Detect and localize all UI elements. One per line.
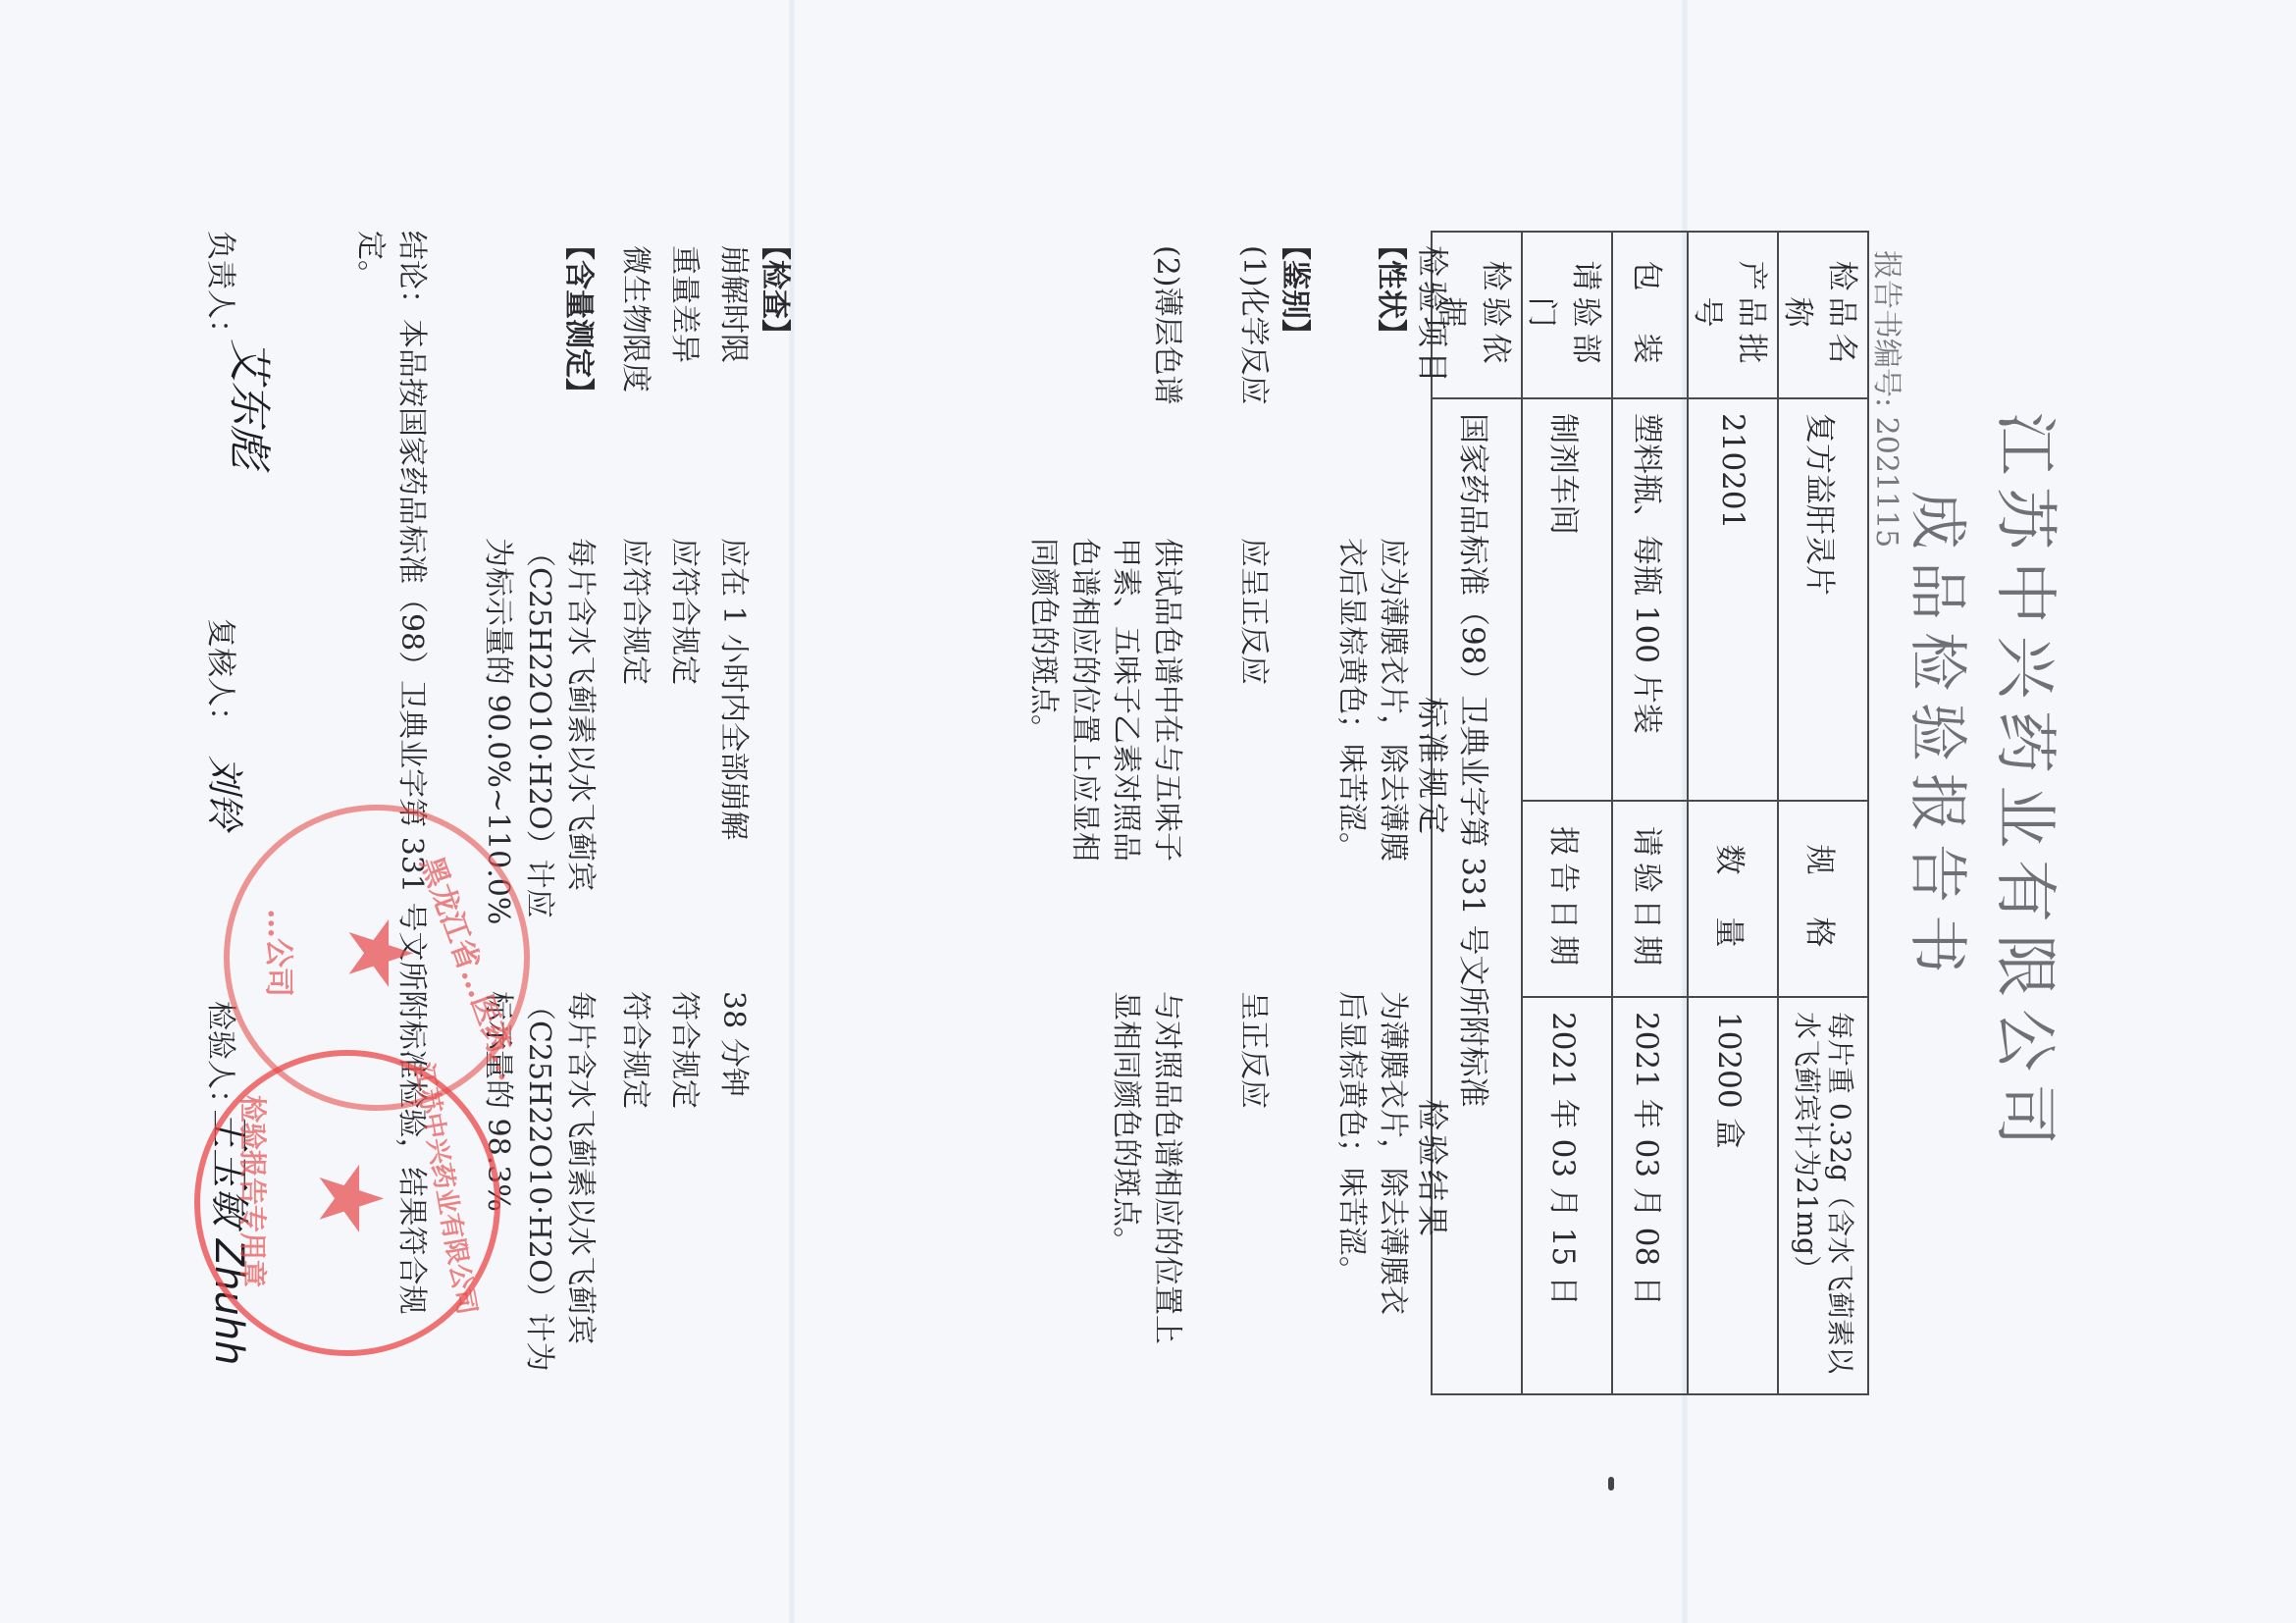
column-header-standard: 标准规定 xyxy=(1412,697,1452,838)
responsible-signature: 艾东彪 xyxy=(222,339,285,468)
report-title: 成品检验报告书 xyxy=(1900,491,1984,985)
label-spec: 规 格 xyxy=(1778,801,1868,997)
label-quantity: 数 量 xyxy=(1688,801,1778,997)
label-request-date: 请验日期 xyxy=(1612,801,1688,997)
stamp-star-icon: ★ xyxy=(328,914,431,993)
result-weight-variation: 符合规定 xyxy=(664,991,704,1109)
table-row: 包 装 塑料瓶、每瓶 100 片装 请验日期 2021 年 03 月 08 日 xyxy=(1612,232,1688,1394)
stamp-star-icon: ★ xyxy=(298,1159,401,1238)
result-tlc: 与对照品色谱相应的位置上显相同颜色的斑点。 xyxy=(1105,991,1187,1344)
company-name: 江苏中兴药业有限公司 xyxy=(1985,412,2075,1158)
stamp-text-bottom: …公司 xyxy=(260,909,303,997)
scanned-document-frame: 江苏中兴药业有限公司 成品检验报告书 报告书编号: 2021115 检品名称 复… xyxy=(0,0,2296,1623)
item-disintegration: 崩解时限 xyxy=(713,245,754,363)
label-product-name: 检品名称 xyxy=(1778,232,1868,398)
responsible-person-label: 负责人： xyxy=(200,231,240,348)
report-number-value: 2021115 xyxy=(1869,417,1904,549)
stamp-text-top: 江苏中兴药业有限公司 xyxy=(407,1060,488,1317)
result-chemical-reaction: 呈正反应 xyxy=(1233,991,1274,1109)
value-spec: 每片重 0.32g（含水飞蓟素以水飞蓟宾计为21mg） xyxy=(1778,997,1868,1394)
standard-appearance: 应为薄膜衣片，除去薄膜衣后显棕黄色；味苦涩。 xyxy=(1331,538,1413,881)
report-number-label: 报告书编号: xyxy=(1869,250,1904,407)
label-department: 请验部门 xyxy=(1522,232,1612,398)
label-packaging: 包 装 xyxy=(1612,232,1688,398)
scan-speck xyxy=(1608,1477,1614,1491)
item-chemical-reaction: (1)化学反应 xyxy=(1233,245,1274,405)
result-microbial-limit: 符合规定 xyxy=(615,991,655,1109)
standard-disintegration: 应在 1 小时内全部崩解 xyxy=(713,538,754,840)
value-report-date: 2021 年 03 月 15 日 xyxy=(1522,997,1612,1394)
item-microbial-limit: 微生物限度 xyxy=(615,245,655,393)
value-product-name: 复方益肝灵片 xyxy=(1778,398,1868,801)
standard-tlc: 供试品色谱中在与五味子甲素、五味子乙素对照品色谱相应的位置上应显相同颜色的斑点。 xyxy=(1022,538,1187,881)
column-header-result: 检验结果 xyxy=(1412,1099,1452,1240)
value-batch: 210201 xyxy=(1688,398,1778,801)
result-appearance: 为薄膜衣片，除去薄膜衣后显棕黄色；味苦涩。 xyxy=(1331,991,1413,1335)
result-disintegration: 38 分钟 xyxy=(713,991,754,1097)
standard-chemical-reaction: 应呈正反应 xyxy=(1233,538,1274,685)
value-department: 制剂车间 xyxy=(1522,398,1612,801)
reviewer-label: 复核人： xyxy=(200,618,240,736)
table-row: 产品批号 210201 数 量 10200 盒 xyxy=(1688,232,1778,1394)
value-packaging: 塑料瓶、每瓶 100 片装 xyxy=(1612,398,1688,801)
item-weight-variation: 重量差异 xyxy=(664,245,704,363)
report-number: 报告书编号: 2021115 xyxy=(1868,250,1911,548)
section-identification: 【鉴别】 xyxy=(1275,231,1315,348)
value-basis: 国家药品标准（98）卫典业字第 331 号文所附标准 xyxy=(1432,398,1522,1394)
label-batch: 产品批号 xyxy=(1688,232,1778,398)
table-row: 检品名称 复方益肝灵片 规 格 每片重 0.32g（含水飞蓟素以水飞蓟宾计为21… xyxy=(1778,232,1868,1394)
label-report-date: 报告日期 xyxy=(1522,801,1612,997)
reviewer-signature: 刘铃 xyxy=(201,756,255,830)
value-request-date: 2021 年 03 月 08 日 xyxy=(1612,997,1688,1394)
standard-microbial-limit: 应符合规定 xyxy=(615,538,655,685)
standard-weight-variation: 应符合规定 xyxy=(664,538,704,685)
product-info-table: 检品名称 复方益肝灵片 规 格 每片重 0.32g（含水飞蓟素以水飞蓟宾计为21… xyxy=(1431,231,1869,1395)
stamp-text-bottom: 检验报告专用章 xyxy=(235,1095,274,1287)
table-row: 请验部门 制剂车间 报告日期 2021 年 03 月 15 日 xyxy=(1522,232,1612,1394)
column-header-item: 检验项目 xyxy=(1412,245,1452,387)
section-checks: 【检查】 xyxy=(755,231,795,348)
inspection-report-page: 江苏中兴药业有限公司 成品检验报告书 报告书编号: 2021115 检品名称 复… xyxy=(0,0,2296,1623)
section-assay: 【含量测定】 xyxy=(558,231,599,407)
item-tlc: (2)薄层色谱 xyxy=(1147,245,1187,405)
official-stamp-2: ★ 江苏中兴药业有限公司 检验报告专用章 xyxy=(194,1050,500,1356)
section-appearance: 【性状】 xyxy=(1371,231,1411,348)
value-quantity: 10200 盒 xyxy=(1688,997,1778,1394)
